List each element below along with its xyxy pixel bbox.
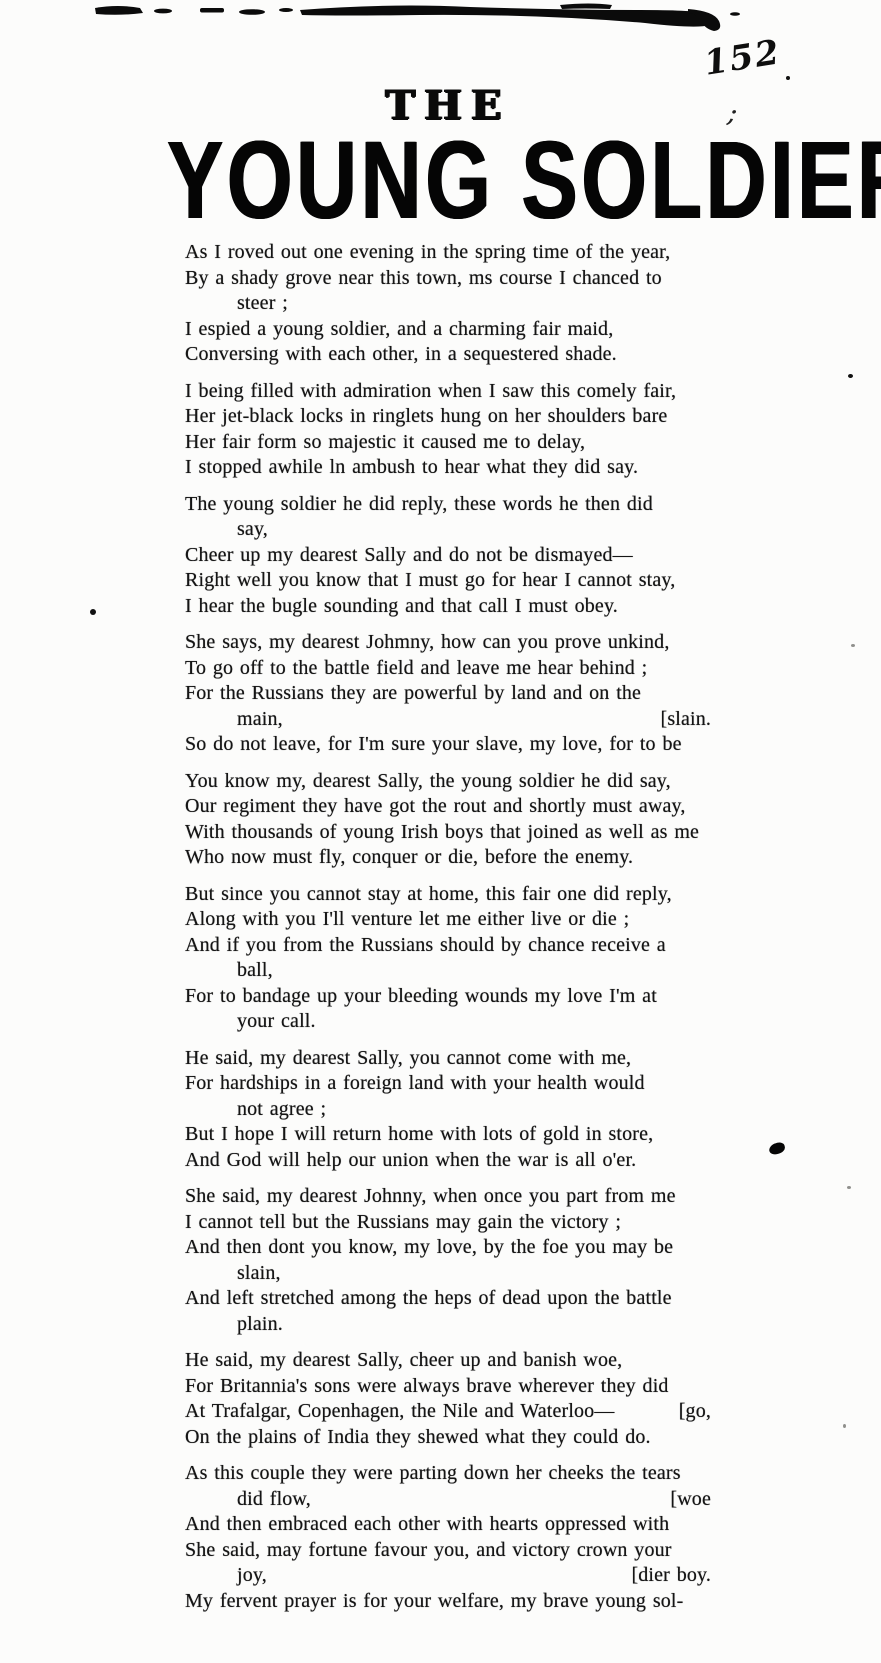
poem-line-text: Who now must fly, conquer or die, before… xyxy=(185,846,633,868)
poem-line: did flow,[woe xyxy=(185,1487,711,1513)
poem-line-text: She said, my dearest Johnny, when once y… xyxy=(185,1185,676,1207)
poem-line-text: So do not leave, for I'm sure your slave… xyxy=(185,733,682,755)
poem-line-text: As I roved out one evening in the spring… xyxy=(185,241,670,263)
poem-line-text: And then dont you know, my love, by the … xyxy=(185,1236,673,1258)
poem-line-text: You know my, dearest Sally, the young so… xyxy=(185,770,671,792)
poem-line-text: Right well you know that I must go for h… xyxy=(185,569,675,591)
poem-line: main,[slain. xyxy=(185,707,711,733)
poem-line: Our regiment they have got the rout and … xyxy=(185,794,711,820)
poem-line-text: He said, my dearest Sally, cheer up and … xyxy=(185,1349,622,1371)
poem-line: And left stretched among the heps of dea… xyxy=(185,1286,711,1312)
poem-line: She said, my dearest Johnny, when once y… xyxy=(185,1184,711,1210)
ink-speck xyxy=(847,1186,851,1189)
poem-line: say, xyxy=(185,517,711,543)
bracket-catchword: [slain. xyxy=(661,707,711,733)
poem-line: Who now must fly, conquer or die, before… xyxy=(185,845,711,871)
poem-line: I hear the bugle sounding and that call … xyxy=(185,594,711,620)
poem-line: ball, xyxy=(185,958,711,984)
poem-line-text: I hear the bugle sounding and that call … xyxy=(185,595,618,617)
poem: As I roved out one evening in the spring… xyxy=(185,240,711,1625)
poem-line: By a shady grove near this town, ms cour… xyxy=(185,266,711,292)
poem-line-text: Cheer up my dearest Sally and do not be … xyxy=(185,544,633,566)
stanza: You know my, dearest Sally, the young so… xyxy=(185,769,711,871)
stanza: As I roved out one evening in the spring… xyxy=(185,240,711,368)
poem-line: plain. xyxy=(185,1312,711,1338)
poem-line-text: did flow, xyxy=(237,1488,311,1510)
poem-line-text: Her jet-black locks in ringlets hung on … xyxy=(185,405,667,427)
poem-line: your call. xyxy=(185,1009,711,1035)
ink-blot xyxy=(768,1141,786,1156)
broadside-page: 152 ; THE YOUNG SOLDIER As I roved out o… xyxy=(0,0,881,1663)
poem-line-text: slain, xyxy=(237,1262,281,1284)
poem-line: My fervent prayer is for your welfare, m… xyxy=(185,1589,711,1615)
stanza: He said, my dearest Sally, cheer up and … xyxy=(185,1348,711,1450)
poem-line-text: Her fair form so majestic it caused me t… xyxy=(185,431,585,453)
poem-line-text: She says, my dearest Johmny, how can you… xyxy=(185,631,669,653)
poem-line: joy,[dier boy. xyxy=(185,1563,711,1589)
poem-line: With thousands of young Irish boys that … xyxy=(185,820,711,846)
poem-line-text: not agree ; xyxy=(237,1098,326,1120)
poem-line-text: But since you cannot stay at home, this … xyxy=(185,883,672,905)
poem-line: She said, may fortune favour you, and vi… xyxy=(185,1538,711,1564)
poem-line: But I hope I will return home with lots … xyxy=(185,1122,711,1148)
poem-line: And if you from the Russians should by c… xyxy=(185,933,711,959)
bracket-catchword: [woe xyxy=(670,1487,711,1513)
poem-line-text: Our regiment they have got the rout and … xyxy=(185,795,686,817)
ink-speck xyxy=(851,644,855,647)
poem-line: And then embraced each other with hearts… xyxy=(185,1512,711,1538)
poem-line: I espied a young soldier, and a charming… xyxy=(185,317,711,343)
poem-line-text: I cannot tell but the Russians may gain … xyxy=(185,1211,621,1233)
poem-line-text: ball, xyxy=(237,959,273,981)
poem-line: Along with you I'll venture let me eithe… xyxy=(185,907,711,933)
poem-line-text: At Trafalgar, Copenhagen, the Nile and W… xyxy=(185,1400,614,1422)
ink-speck xyxy=(786,76,790,80)
poem-line: For Britannia's sons were always brave w… xyxy=(185,1374,711,1400)
poem-line: I stopped awhile ln ambush to hear what … xyxy=(185,455,711,481)
stanza: He said, my dearest Sally, you cannot co… xyxy=(185,1046,711,1174)
poem-line: I being filled with admiration when I sa… xyxy=(185,379,711,405)
stanza: She said, my dearest Johnny, when once y… xyxy=(185,1184,711,1337)
poem-line-text: For the Russians they are powerful by la… xyxy=(185,682,641,704)
poem-line: But since you cannot stay at home, this … xyxy=(185,882,711,908)
poem-line: steer ; xyxy=(185,291,711,317)
poem-line-text: On the plains of India they shewed what … xyxy=(185,1426,651,1448)
ink-speck xyxy=(843,1424,846,1428)
poem-line: Conversing with each other, in a sequest… xyxy=(185,342,711,368)
poem-line: slain, xyxy=(185,1261,711,1287)
poem-line: As I roved out one evening in the spring… xyxy=(185,240,711,266)
poem-line-text: By a shady grove near this town, ms cour… xyxy=(185,267,662,289)
stanza: She says, my dearest Johmny, how can you… xyxy=(185,630,711,758)
poem-line-text: Along with you I'll venture let me eithe… xyxy=(185,908,629,930)
poem-line: Her jet-black locks in ringlets hung on … xyxy=(185,404,711,430)
poem-line: For hardships in a foreign land with you… xyxy=(185,1071,711,1097)
poem-line-text: Conversing with each other, in a sequest… xyxy=(185,343,617,365)
ink-speck xyxy=(90,609,96,615)
poem-line: not agree ; xyxy=(185,1097,711,1123)
poem-line: He said, my dearest Sally, cheer up and … xyxy=(185,1348,711,1374)
poem-line-text: To go off to the battle field and leave … xyxy=(185,657,647,679)
poem-line-text: joy, xyxy=(237,1564,267,1586)
bracket-catchword: [go, xyxy=(679,1399,711,1425)
poem-line-text: For Britannia's sons were always brave w… xyxy=(185,1375,669,1397)
poem-line-text: And God will help our union when the war… xyxy=(185,1149,636,1171)
poem-line-text: And left stretched among the heps of dea… xyxy=(185,1287,672,1309)
poem-line: And then dont you know, my love, by the … xyxy=(185,1235,711,1261)
stanza: I being filled with admiration when I sa… xyxy=(185,379,711,481)
poem-line: You know my, dearest Sally, the young so… xyxy=(185,769,711,795)
poem-line: Cheer up my dearest Sally and do not be … xyxy=(185,543,711,569)
poem-line: I cannot tell but the Russians may gain … xyxy=(185,1210,711,1236)
poem-line-text: steer ; xyxy=(237,292,288,314)
poem-line-text: And if you from the Russians should by c… xyxy=(185,934,666,956)
poem-line-text: For hardships in a foreign land with you… xyxy=(185,1072,645,1094)
poem-line-text: For to bandage up your bleeding wounds m… xyxy=(185,985,657,1007)
poem-line-text: The young soldier he did reply, these wo… xyxy=(185,493,653,515)
poem-line-text: But I hope I will return home with lots … xyxy=(185,1123,653,1145)
stanza: As this couple they were parting down he… xyxy=(185,1461,711,1614)
poem-line-text: My fervent prayer is for your welfare, m… xyxy=(185,1590,683,1612)
stanza: The young soldier he did reply, these wo… xyxy=(185,492,711,620)
poem-line: At Trafalgar, Copenhagen, the Nile and W… xyxy=(185,1399,711,1425)
ink-speck xyxy=(848,374,853,378)
poem-line: The young soldier he did reply, these wo… xyxy=(185,492,711,518)
poem-line-text: I being filled with admiration when I sa… xyxy=(185,380,676,402)
poem-line-text: He said, my dearest Sally, you cannot co… xyxy=(185,1047,631,1069)
poem-line-text: With thousands of young Irish boys that … xyxy=(185,821,699,843)
poem-line-text: your call. xyxy=(237,1010,316,1032)
poem-line-text: I stopped awhile ln ambush to hear what … xyxy=(185,456,638,478)
poem-line: To go off to the battle field and leave … xyxy=(185,656,711,682)
poem-line: And God will help our union when the war… xyxy=(185,1148,711,1174)
title-young-soldier: YOUNG SOLDIER xyxy=(167,112,881,250)
poem-line-text: I espied a young soldier, and a charming… xyxy=(185,318,613,340)
poem-line-text: She said, may fortune favour you, and vi… xyxy=(185,1539,672,1561)
bracket-catchword: [dier boy. xyxy=(631,1563,711,1589)
poem-line-text: plain. xyxy=(237,1313,283,1335)
poem-line: For the Russians they are powerful by la… xyxy=(185,681,711,707)
poem-line: She says, my dearest Johmny, how can you… xyxy=(185,630,711,656)
poem-line: So do not leave, for I'm sure your slave… xyxy=(185,732,711,758)
poem-line: As this couple they were parting down he… xyxy=(185,1461,711,1487)
poem-line-text: And then embraced each other with hearts… xyxy=(185,1513,669,1535)
poem-line: He said, my dearest Sally, you cannot co… xyxy=(185,1046,711,1072)
stanza: But since you cannot stay at home, this … xyxy=(185,882,711,1035)
poem-line: Her fair form so majestic it caused me t… xyxy=(185,430,711,456)
poem-line-text: say, xyxy=(237,518,268,540)
poem-line-text: main, xyxy=(237,708,283,730)
poem-line: On the plains of India they shewed what … xyxy=(185,1425,711,1451)
poem-line-text: As this couple they were parting down he… xyxy=(185,1462,681,1484)
poem-line: Right well you know that I must go for h… xyxy=(185,568,711,594)
poem-line: For to bandage up your bleeding wounds m… xyxy=(185,984,711,1010)
